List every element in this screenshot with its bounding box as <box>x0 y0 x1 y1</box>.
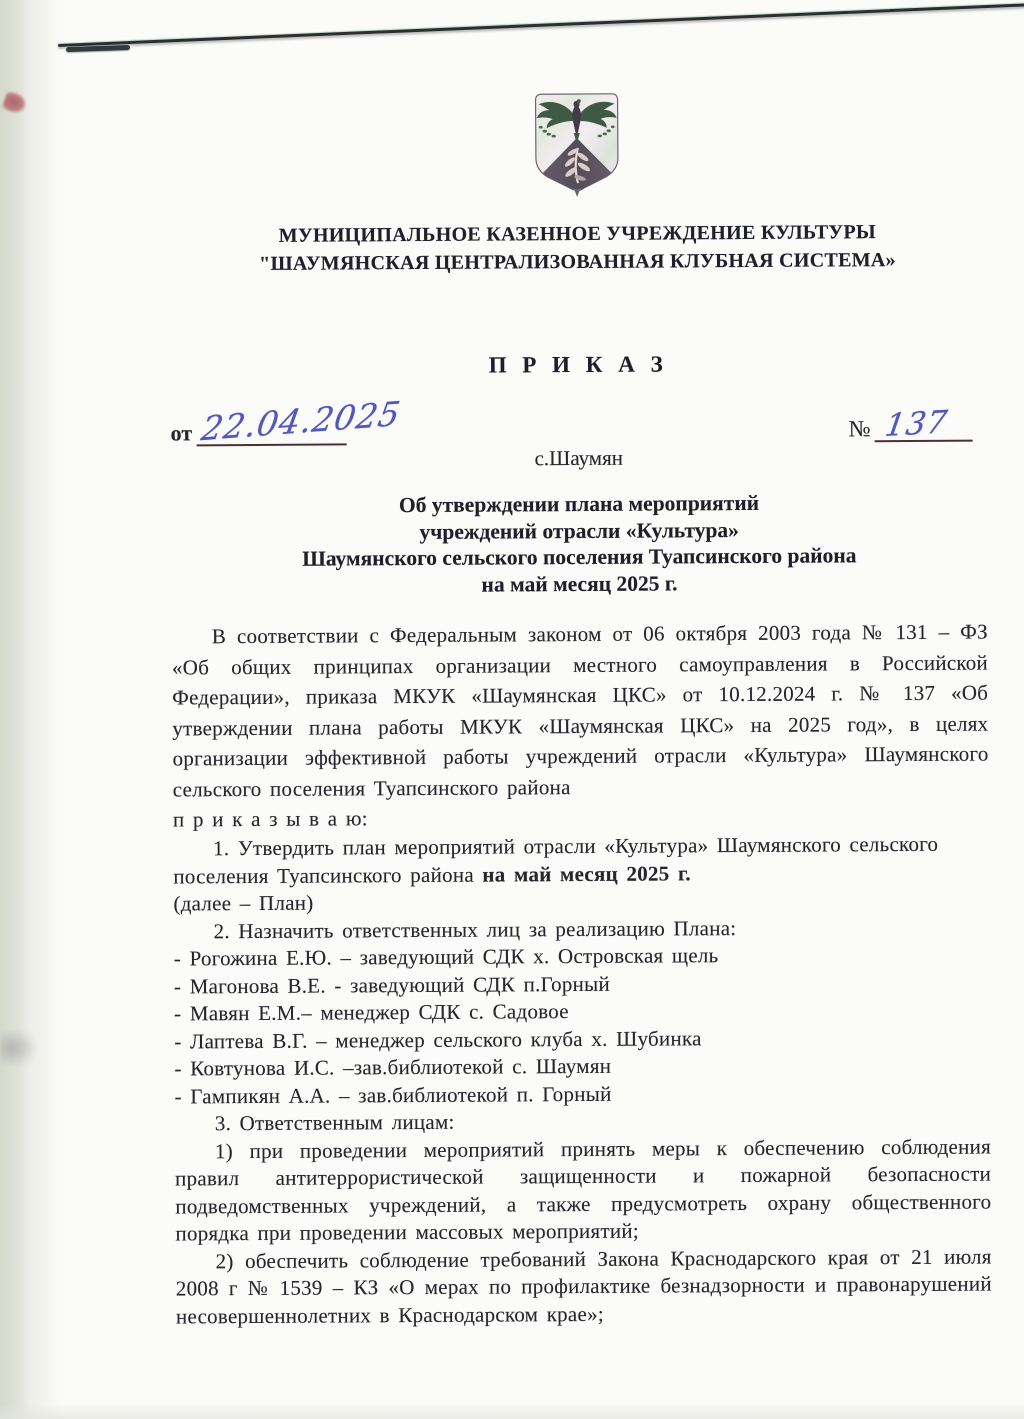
item-1-bold: на май месяц 2025 г. <box>482 861 691 886</box>
subject-line4: на май месяц 2025 г. <box>171 568 987 599</box>
org-line2: "ШАУМЯНСКАЯ ЦЕНТРАЛИЗОВАННАЯ КЛУБНАЯ СИС… <box>169 246 985 279</box>
coat-of-arms-icon <box>533 92 622 199</box>
order-body: В соответствии с Федеральным законом от … <box>172 617 992 1331</box>
scanner-edge-bottom <box>0 1403 1024 1419</box>
date-number-row: от 22.04.2025 № 137 <box>170 396 986 447</box>
order-document: МУНИЦИПАЛЬНОЕ КАЗЕННОЕ УЧРЕЖДЕНИЕ КУЛЬТУ… <box>168 0 992 1330</box>
handwritten-number: 137 <box>883 404 951 444</box>
scanner-edge-left <box>0 0 64 1419</box>
order-date: от 22.04.2025 <box>170 409 346 446</box>
order-number: № 137 <box>848 406 972 443</box>
scan-smudge <box>0 1028 40 1068</box>
intro-paragraph: В соответствии с Федеральным законом от … <box>172 617 989 805</box>
number-label: № <box>849 416 871 441</box>
date-underline: 22.04.2025 <box>196 409 346 446</box>
date-label: от <box>171 420 193 445</box>
ink-smudge <box>1 90 29 116</box>
decree-word: п р и к а з ы в а ю: <box>173 800 989 836</box>
emblem-container <box>168 0 985 199</box>
item-3-sub-1: 1) при проведении мероприятий принять ме… <box>175 1133 992 1248</box>
item-3-sub-2: 2) обеспечить соблюдение требований Зако… <box>176 1243 992 1330</box>
organization-name: МУНИЦИПАЛЬНОЕ КАЗЕННОЕ УЧРЕЖДЕНИЕ КУЛЬТУ… <box>169 218 985 279</box>
item-1: 1. Утвердить план мероприятий отрасли «К… <box>173 831 989 891</box>
place-name: с.Шаумян <box>171 444 987 474</box>
document-type-title: П Р И К А З <box>170 350 986 381</box>
number-underline: 137 <box>874 406 972 443</box>
order-subject: Об утверждении плана мероприятий учрежде… <box>171 489 988 600</box>
staple-mark <box>66 45 130 52</box>
handwritten-date: 22.04.2025 <box>198 394 403 449</box>
